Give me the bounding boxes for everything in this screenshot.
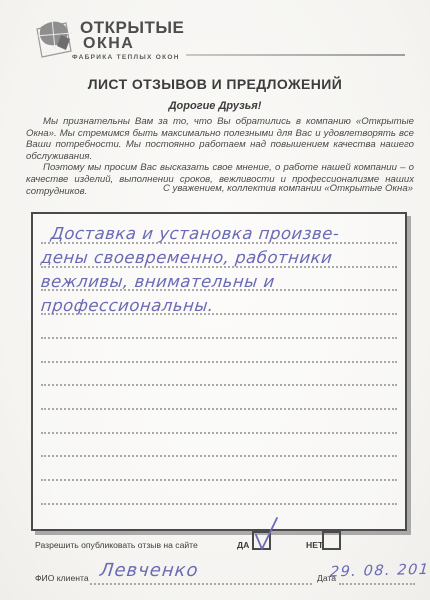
logo-name-line1: ОТКРЫТЫЕ [80, 20, 184, 36]
date-field[interactable] [339, 583, 415, 585]
logo-name-line2: ОКНА [83, 36, 184, 51]
ruled-line [41, 455, 397, 457]
client-name-value: Левченко [99, 560, 200, 581]
handwritten-review-line: Доставка и установка произве- [50, 224, 340, 243]
ruled-line [41, 361, 397, 363]
page-title: ЛИСТ ОТЗЫВОВ И ПРЕДЛОЖЕНИЙ [0, 76, 430, 92]
yes-checkbox[interactable] [252, 531, 271, 550]
no-label: НЕТ [306, 540, 323, 550]
header-divider [186, 54, 405, 56]
ruled-line [41, 337, 397, 339]
ruled-line [41, 503, 397, 505]
handwritten-review-line: профессиональны. [40, 296, 215, 315]
greeting-heading: Дорогие Друзья! [0, 100, 430, 112]
yes-label: ДА [237, 540, 249, 550]
no-checkbox[interactable] [322, 531, 341, 550]
window-logo-icon [32, 16, 76, 60]
logo-text: ОТКРЫТЫЕ ОКНА ФАБРИКА ТЕПЛЫХ ОКОН [80, 20, 184, 61]
feedback-form-page: ОТКРЫТЫЕ ОКНА ФАБРИКА ТЕПЛЫХ ОКОН ЛИСТ О… [0, 0, 430, 600]
ruled-line [41, 479, 397, 481]
handwritten-review-line: вежливы, внимательны и [40, 272, 276, 291]
client-name-label: ФИО клиента [35, 573, 89, 583]
company-logo: ОТКРЫТЫЕ ОКНА ФАБРИКА ТЕПЛЫХ ОКОН [32, 16, 184, 61]
intro-paragraph-1: Мы признательны Вам за то, что Вы обрати… [26, 116, 414, 162]
ruled-line [41, 432, 397, 434]
handwritten-review-line: дены своевременно, работники [40, 248, 333, 267]
ruled-line [41, 384, 397, 386]
logo-tagline: ФАБРИКА ТЕПЛЫХ ОКОН [72, 54, 184, 61]
publish-consent-label: Разрешить опубликовать отзыв на сайте [35, 540, 198, 550]
ruled-line [41, 408, 397, 410]
signature-line: С уважением, коллектив компании «Открыты… [163, 183, 413, 194]
client-name-field[interactable] [90, 583, 312, 585]
review-text-area[interactable]: Доставка и установка произве- дены своев… [31, 212, 407, 531]
date-value: 29. 08. 2014 [329, 562, 430, 581]
